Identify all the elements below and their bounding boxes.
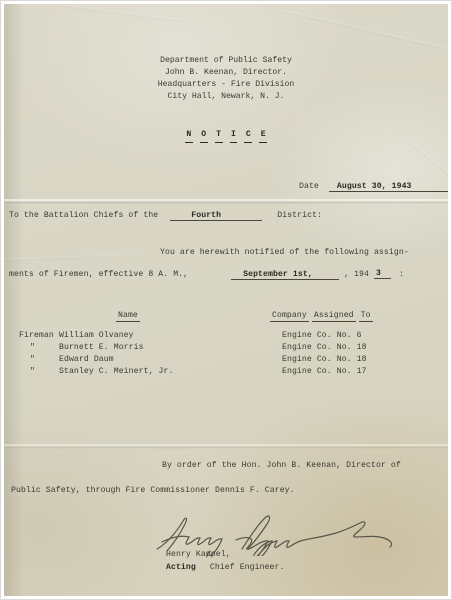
name-cell: Stanley C. Meinert, Jr. bbox=[59, 366, 173, 378]
company-cell: Engine Co. No. 18 bbox=[282, 342, 367, 354]
notice-title: NOTICE bbox=[4, 129, 448, 143]
typed-signature-name: Henry Kappel, bbox=[166, 549, 231, 561]
table-row: Fireman William Olvaney bbox=[19, 330, 269, 342]
table-header-name: Name bbox=[116, 310, 140, 322]
table-header-company: CompanyAssignedTo bbox=[270, 310, 373, 322]
horizontal-crease bbox=[4, 199, 448, 204]
table-row: " Edward Daum bbox=[19, 354, 269, 366]
date-line: Date August 30, 1943 bbox=[299, 181, 448, 193]
diagonal-crease bbox=[59, 4, 188, 23]
closing-line-1: By order of the Hon. John B. Keenan, Dir… bbox=[162, 460, 401, 472]
year-digit: 3 bbox=[374, 268, 391, 279]
letterhead-address: City Hall, Newark, N. J. bbox=[4, 91, 448, 103]
typed-signature-title: Acting Chief Engineer. bbox=[166, 562, 284, 574]
date-label: Date bbox=[299, 182, 319, 191]
company-cell: Engine Co. No. 6 bbox=[282, 330, 367, 342]
diagonal-crease bbox=[281, 9, 448, 54]
signature-stroke bbox=[157, 518, 186, 551]
rank-cell: " bbox=[19, 366, 59, 378]
table-row: " Burnett E. Morris bbox=[19, 342, 269, 354]
body-line-2: ments of Firemen, effective 8 A. M., Sep… bbox=[9, 269, 404, 281]
letterhead-division: Headquarters - Fire Division bbox=[4, 79, 448, 91]
assignment-company-column: Engine Co. No. 6 Engine Co. No. 18 Engin… bbox=[282, 330, 367, 378]
rank-cell: Fireman bbox=[19, 330, 59, 342]
year-prefix: , 194 bbox=[344, 270, 369, 279]
company-cell: Engine Co. No. 17 bbox=[282, 366, 367, 378]
rank-cell: " bbox=[19, 354, 59, 366]
title-text: Chief Engineer. bbox=[210, 563, 285, 572]
assignment-name-column: Fireman William Olvaney " Burnett E. Mor… bbox=[19, 330, 269, 378]
horizontal-crease bbox=[4, 444, 448, 449]
addressee-prefix: To the Battalion Chiefs of the bbox=[9, 211, 158, 220]
date-value: August 30, 1943 bbox=[329, 181, 448, 192]
body-line-1: You are herewith notified of the followi… bbox=[160, 247, 409, 259]
name-cell: William Olvaney bbox=[59, 330, 134, 342]
name-cell: Edward Daum bbox=[59, 354, 114, 366]
closing-line-2: Public Safety, through Fire Commissioner… bbox=[11, 485, 295, 497]
name-cell: Burnett E. Morris bbox=[59, 342, 144, 354]
notice-paper: Department of Public Safety John B. Keen… bbox=[4, 4, 448, 596]
effective-date-value: September 1st, bbox=[231, 269, 339, 280]
rank-cell: " bbox=[19, 342, 59, 354]
signature-stroke bbox=[236, 522, 392, 556]
body-line-2-prefix: ments of Firemen, effective 8 A. M., bbox=[9, 270, 188, 279]
body-colon: : bbox=[399, 270, 404, 279]
document-photo: Department of Public Safety John B. Keen… bbox=[0, 0, 452, 600]
district-value: Fourth bbox=[170, 210, 262, 221]
letterhead-director: John B. Keenan, Director. bbox=[4, 67, 448, 79]
addressee-line: To the Battalion Chiefs of the Fourth Di… bbox=[9, 210, 322, 222]
diagonal-crease bbox=[4, 253, 144, 261]
company-cell: Engine Co. No. 18 bbox=[282, 354, 367, 366]
title-prefix: Acting bbox=[166, 563, 196, 572]
letterhead: Department of Public Safety John B. Keen… bbox=[4, 55, 448, 103]
table-row: " Stanley C. Meinert, Jr. bbox=[19, 366, 269, 378]
name-column-header: Name bbox=[116, 311, 140, 322]
letterhead-department: Department of Public Safety bbox=[4, 55, 448, 67]
addressee-suffix: District: bbox=[277, 211, 322, 220]
